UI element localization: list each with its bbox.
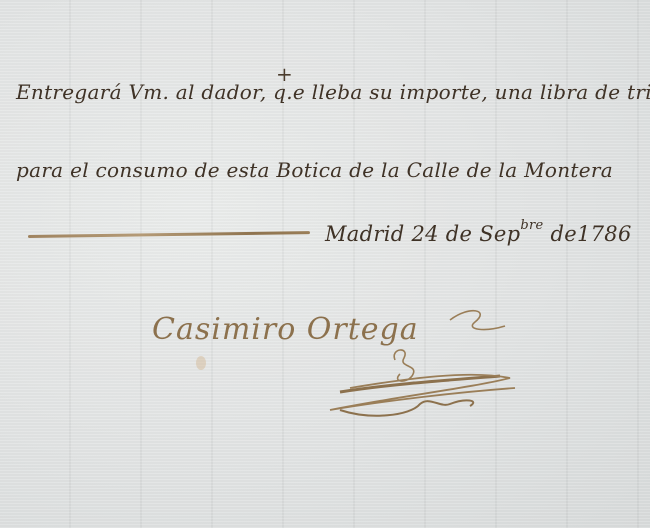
signature-rubric-flourish [300, 300, 540, 430]
date-place: Madrid [325, 222, 404, 246]
date-year: 1786 [577, 222, 632, 246]
date-line: Madrid 24 de Sepbre de1786 [325, 222, 632, 246]
body-line-2: para el consumo de esta Botica de la Cal… [16, 158, 613, 182]
body-line-1: Entregará Vm. al dador, q.e lleba su imp… [16, 80, 650, 104]
date-month: de Sep [446, 222, 521, 246]
date-day: 24 [411, 222, 438, 246]
document-page: + Entregará Vm. al dador, q.e lleba su i… [0, 0, 650, 528]
date-year-prefix: de [551, 222, 577, 246]
filler-dash-line [28, 231, 310, 238]
ink-stain [196, 356, 206, 370]
date-month-superscript: bre [520, 218, 543, 233]
